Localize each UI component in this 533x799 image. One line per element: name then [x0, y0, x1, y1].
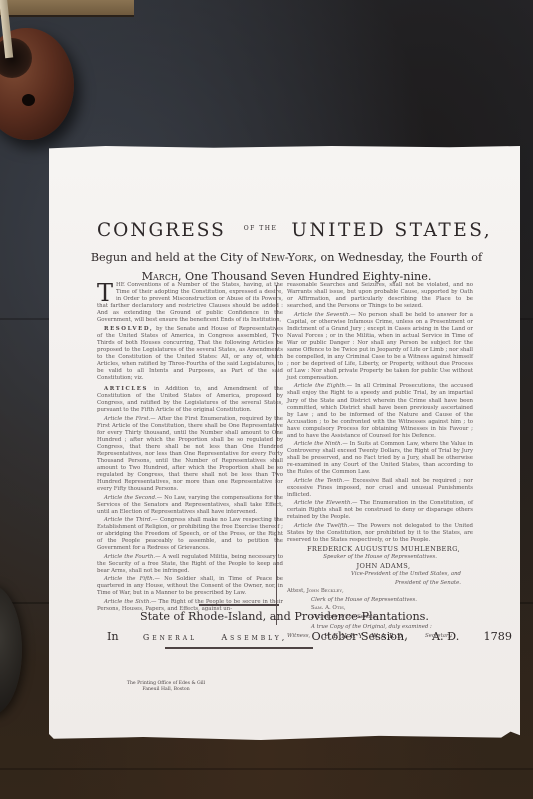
title-of-the: OF THE [244, 225, 278, 232]
speaker-title: Speaker of the House of Representatives. [287, 554, 473, 561]
article-label: Article the First. [104, 416, 150, 422]
senate-president-title: President of the Senate. [287, 580, 473, 587]
section-rule [199, 604, 279, 606]
article-label: Article the Sixth. [104, 599, 151, 605]
column-divider [276, 285, 277, 625]
attest-label: Attest, [287, 588, 307, 594]
article-4: Article the Fourth.— A well regulated Mi… [97, 554, 283, 575]
article-label: Article the Fourth. [104, 554, 155, 560]
subtitle-text: Begun and held at the City of [91, 251, 261, 264]
article-label: Article the Seventh. [294, 312, 350, 318]
articles-label: ARTICLES [104, 386, 148, 392]
article-9: Article the Ninth.— In Suits at Common L… [287, 441, 473, 476]
article-2: Article the Second.— No Law, varying the… [97, 495, 283, 516]
article-label: Article the Ninth. [294, 441, 342, 447]
printer-line-2: Faneuil Hall, Boston [101, 687, 231, 693]
speaker-name: FREDERICK AUGUSTUS MUHLENBERG, [287, 546, 473, 553]
articles-intro: ARTICLES in Addition to, and Amendment o… [97, 386, 283, 414]
footer-rule [165, 647, 313, 649]
resolved-label: RESOLVED, [104, 326, 153, 332]
printer-imprint: The Printing Office of Edes & Gill Faneu… [101, 681, 231, 693]
clerk-name: John Beckley, [307, 588, 344, 594]
preamble: THE Conventions of a Number of the State… [97, 282, 283, 324]
wooden-board-edge [0, 0, 134, 17]
article-5: Article the Fifth.— No Soldier shall, in… [97, 576, 283, 597]
assembly-year: 1789 [484, 630, 512, 643]
article-label: Article the Second. [104, 495, 157, 501]
article-1: Article the First.— After the First Enum… [97, 416, 283, 494]
left-column: THE Conventions of a Number of the State… [97, 282, 283, 614]
article-10: Article the Tenth.— Excessive Bail shall… [287, 478, 473, 499]
subtitle-city: New-York [261, 251, 313, 264]
article-label: Article the Third. [104, 517, 152, 523]
preamble-text: HE Conventions of a Number of the States… [97, 282, 283, 323]
article-label: Article the Eleventh. [294, 500, 352, 506]
inkwell-hole [22, 94, 35, 106]
resolved-text: by the Senate and House of Representativ… [97, 326, 283, 381]
dark-round-object [0, 585, 22, 715]
article-label: Article the Fifth. [104, 576, 155, 582]
attest-line: Attest, John Beckley, [287, 588, 473, 595]
clerk-title: Clerk of the House of Representatives. [287, 597, 473, 604]
drop-cap: T [97, 283, 113, 303]
article-label: Article the Twelfth. [294, 523, 349, 529]
article-text: — No person shall be held to answer for … [287, 312, 473, 381]
assembly-general: General [143, 633, 197, 642]
title-congress: CONGRESS [97, 220, 226, 241]
vice-president-title: Vice-President of the United States, and [287, 571, 473, 578]
vice-president-name: JOHN ADAMS, [287, 563, 473, 570]
table-plank-seam [0, 768, 533, 770]
right-column: reasonable Searches and Seizures, shall … [287, 282, 473, 640]
article-12: Article the Twelfth.— The Powers not del… [287, 523, 473, 544]
document-title: CONGRESS OF THE UNITED STATES, [97, 220, 517, 241]
article-11: Article the Eleventh.— The Enumeration i… [287, 500, 473, 521]
article-7: Article the Seventh.— No person shall be… [287, 312, 473, 382]
article-label: Article the Eighth. [294, 383, 347, 389]
assembly-line: In General Assembly, October Session, A.… [107, 630, 512, 643]
assembly-session: October Session, [312, 630, 408, 643]
state-title: State of Rhode-Island, and Providence-Pl… [49, 610, 520, 623]
article-text: — In all Criminal Prosecutions, the accu… [287, 383, 473, 438]
subtitle-text: , on Wednesday, the Fourth of [313, 251, 482, 264]
assembly-ad: A. D. [432, 630, 459, 643]
signature-block: FREDERICK AUGUSTUS MUHLENBERG, Speaker o… [287, 546, 473, 640]
document-subtitle: Begun and held at the City of New-York, … [89, 248, 484, 286]
assembly-in: In [107, 630, 119, 643]
resolved-paragraph: RESOLVED, by the Senate and House of Rep… [97, 326, 283, 382]
article-3: Article the Third.— Congress shall make … [97, 517, 283, 552]
title-united-states: UNITED STATES, [291, 220, 492, 241]
article-text: — After the First Enumeration, required … [97, 416, 283, 492]
article-8: Article the Eighth.— In all Criminal Pro… [287, 383, 473, 439]
broadside-document: CONGRESS OF THE UNITED STATES, Begun and… [49, 146, 520, 740]
article-label: Article the Tenth. [294, 478, 344, 484]
assembly-assembly: Assembly, [221, 633, 287, 642]
article-6-continuation: reasonable Searches and Seizures, shall … [287, 282, 473, 310]
